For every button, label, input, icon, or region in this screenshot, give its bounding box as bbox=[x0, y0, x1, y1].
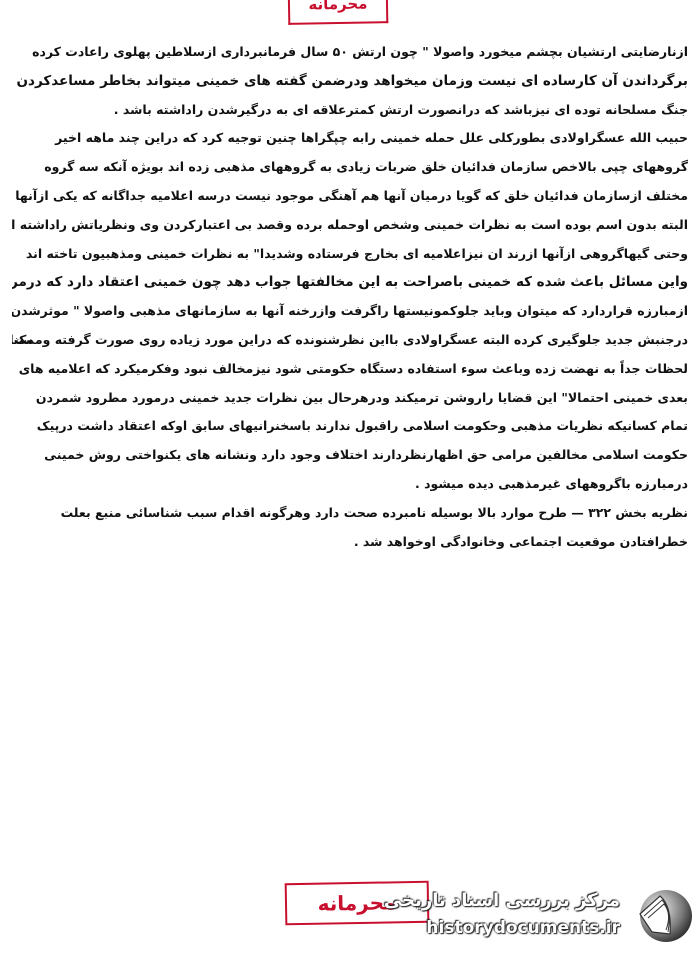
site-watermark: مرکز بررسی اسناد تاریخی historydocuments… bbox=[420, 886, 700, 946]
document-pages-logo-icon bbox=[634, 888, 694, 944]
text-line: درجنبش جدید جلوگیری کرده البته عسگراولاد… bbox=[12, 326, 688, 355]
text-line: وحتی گیهاگروهی ازآنها ازرند ان نیزاعلامی… bbox=[12, 240, 688, 269]
text-line: گروههای چپی بالاخص سازمان فدائیان خلق ضر… bbox=[12, 153, 688, 182]
text-line: تمام کسانیکه نظریات مذهبی وحکومت اسلامی … bbox=[12, 412, 688, 441]
text-line: البته بدون اسم بوده است به نظرات خمینی و… bbox=[12, 211, 688, 240]
text-line: لحظات جداً به نهضت زده وباعث سوء استفاده… bbox=[12, 355, 688, 384]
text-line: برگرداندن آن کارساده ای نیست وزمان میخوا… bbox=[12, 67, 688, 96]
text-line: حبیب الله عسگراولادی بطورکلی علل حمله خم… bbox=[12, 124, 688, 153]
text-line: ازمبارزه قراردارد که میتوان وباید جلوکمو… bbox=[12, 297, 688, 326]
text-line: جنگ مسلحانه توده ای نیزباشد که درانصورت … bbox=[12, 96, 688, 125]
text-line: حکومت اسلامی مخالفین مرامی حق اظهارنظردا… bbox=[12, 441, 688, 470]
confidential-stamp-top: محرمانه bbox=[288, 0, 389, 25]
margin-note: ست bbox=[14, 336, 32, 346]
document-body: ازنارضایتی ارتشیان بچشم میخورد واصولا " … bbox=[12, 38, 688, 556]
text-line: نظریه بخش ۳۲۲ — طرح موارد بالا بوسیله نا… bbox=[12, 499, 688, 528]
text-line: بعدی خمینی احتمالا" این قضایا راروشن ترم… bbox=[12, 384, 688, 413]
text-line: خطرافتادن موقعیت اجتماعی وخانوادگی اوخوا… bbox=[12, 528, 688, 557]
text-line: ازنارضایتی ارتشیان بچشم میخورد واصولا " … bbox=[12, 38, 688, 67]
text-line: درمبارزه باگروههای غیرمذهبی دیده میشود . bbox=[12, 470, 688, 499]
watermark-url: historydocuments.ir bbox=[426, 918, 620, 938]
watermark-title: مرکز بررسی اسناد تاریخی bbox=[384, 890, 620, 911]
text-line: مختلف ازسازمان فدائیان خلق که گویا درمیا… bbox=[12, 182, 688, 211]
text-line: واین مسائل باعث شده که خمینی باصراحت به … bbox=[12, 268, 688, 297]
